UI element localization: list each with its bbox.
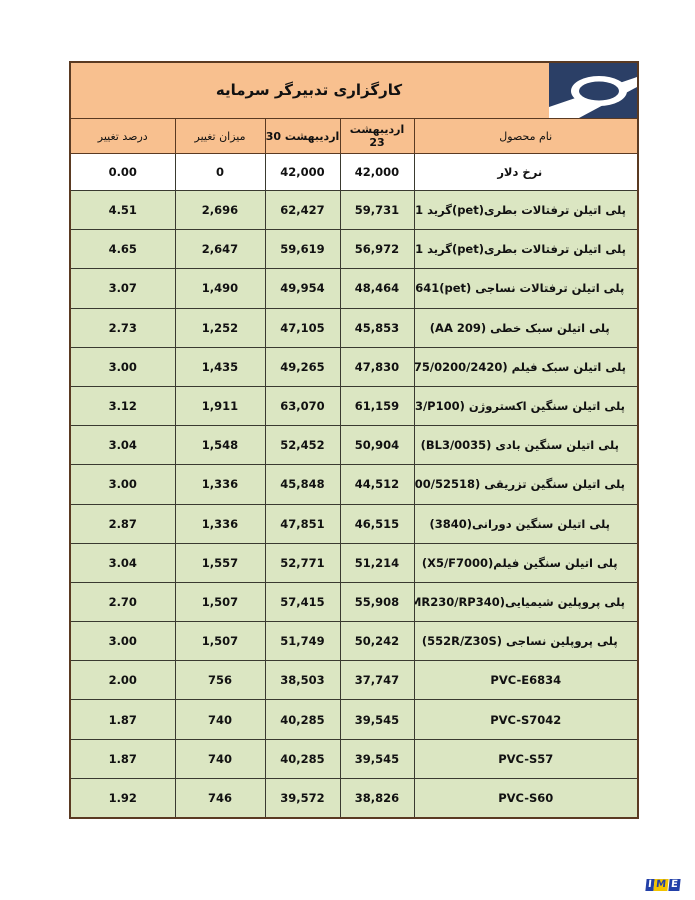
cell-change-percent: 3.04 xyxy=(71,543,175,582)
cell-date-30: 39,572 xyxy=(265,778,340,817)
cell-change-percent: 4.65 xyxy=(71,230,175,269)
table-row: 4.65 2,647 59,619 56,972 پلی اتیلن ترفتا… xyxy=(71,230,637,269)
cell-product: پلی اتیلن سنگین دورانی(3840) xyxy=(414,504,637,543)
cell-date-30: 47,105 xyxy=(265,308,340,347)
page-title: کارگزاری تدبیرگر سرمایه xyxy=(71,63,547,118)
cell-date-23: 48,464 xyxy=(340,269,414,308)
cell-date-30: 51,749 xyxy=(265,622,340,661)
ime-watermark-logo: I M E xyxy=(645,877,681,892)
cell-product: PVC-E6834 xyxy=(414,661,637,700)
cell-change-percent: 3.07 xyxy=(71,269,175,308)
cell-date-30: 40,285 xyxy=(265,700,340,739)
cell-product: پلی اتیلن سنگین بادی (BL3/0035) xyxy=(414,426,637,465)
cell-date-30: 47,851 xyxy=(265,504,340,543)
table-row: 3.04 1,548 52,452 50,904 پلی اتیلن سنگین… xyxy=(71,426,637,465)
cell-date-30: 52,771 xyxy=(265,543,340,582)
table-row: 2.70 1,507 57,415 55,908 پلی پروپلین شیم… xyxy=(71,582,637,621)
cell-change-amount: 2,647 xyxy=(175,230,265,269)
cell-date-23: 45,853 xyxy=(340,308,414,347)
cell-date-23: 55,908 xyxy=(340,582,414,621)
cell-change-amount: 1,548 xyxy=(175,426,265,465)
table-row: 3.00 1,435 49,265 47,830 پلی اتیلن سبک ف… xyxy=(71,347,637,386)
cell-change-percent: 4.51 xyxy=(71,191,175,230)
table-row: 2.73 1,252 47,105 45,853 پلی اتیلن سبک خ… xyxy=(71,308,637,347)
cell-date-30: 49,265 xyxy=(265,347,340,386)
ime-letter-e: E xyxy=(669,879,681,891)
cell-product: پلی اتیلن ترفتالات نساجی (pet)641 xyxy=(414,269,637,308)
table-row: 3.00 1,336 45,848 44,512 پلی اتیلن سنگین… xyxy=(71,465,637,504)
cell-product: پلی اتیلن سنگین فیلم(X5/F7000) xyxy=(414,543,637,582)
cell-date-23: 47,830 xyxy=(340,347,414,386)
cell-change-amount: 1,336 xyxy=(175,465,265,504)
cell-date-23: 61,159 xyxy=(340,386,414,425)
cell-change-percent: 1.87 xyxy=(71,739,175,778)
cell-change-amount: 2,696 xyxy=(175,191,265,230)
cell-change-percent: 2.73 xyxy=(71,308,175,347)
cell-date-23: 42,000 xyxy=(340,154,414,191)
table-row: 1.92 746 39,572 38,826 PVC-S60 xyxy=(71,778,637,817)
cell-product: پلی اتیلن سنگین اکستروژن (EX3/P100) xyxy=(414,386,637,425)
cell-change-percent: 3.04 xyxy=(71,426,175,465)
cell-product: PVC-S60 xyxy=(414,778,637,817)
cell-date-23: 39,545 xyxy=(340,700,414,739)
cell-date-23: 38,826 xyxy=(340,778,414,817)
cell-date-23: 37,747 xyxy=(340,661,414,700)
cell-change-amount: 740 xyxy=(175,700,265,739)
cell-product: پلی اتیلن ترفتالات بطری(pet)گرید 781 xyxy=(414,230,637,269)
cell-date-30: 57,415 xyxy=(265,582,340,621)
col-header-date-30: اردیبهشت 30 xyxy=(265,119,340,154)
cell-change-percent: 2.00 xyxy=(71,661,175,700)
cell-product: پلی اتیلن سبک خطی (209 AA) xyxy=(414,308,637,347)
col-header-date-23: اردیبهشت 23 xyxy=(340,119,414,154)
cell-change-percent: 0.00 xyxy=(71,154,175,191)
cell-change-percent: 1.87 xyxy=(71,700,175,739)
cell-date-30: 52,452 xyxy=(265,426,340,465)
cell-product: PVC-S7042 xyxy=(414,700,637,739)
cell-change-amount: 1,336 xyxy=(175,504,265,543)
cell-product: پلی پروپلین شیمیایی(MR230/RP340) xyxy=(414,582,637,621)
cell-change-amount: 1,911 xyxy=(175,386,265,425)
cell-change-percent: 2.70 xyxy=(71,582,175,621)
cell-date-30: 59,619 xyxy=(265,230,340,269)
cell-product: پلی پروپلین نساجی (552R/Z30S) xyxy=(414,622,637,661)
cell-product: نرخ دلار xyxy=(414,154,637,191)
table-row: 3.00 1,507 51,749 50,242 پلی پروپلین نسا… xyxy=(71,622,637,661)
col-header-product: نام محصول xyxy=(414,119,637,154)
cell-change-percent: 3.00 xyxy=(71,347,175,386)
cell-change-percent: 1.92 xyxy=(71,778,175,817)
col-header-change-amount: میزان تغییر xyxy=(175,119,265,154)
ime-letter-m: M xyxy=(654,879,669,891)
cell-date-30: 42,000 xyxy=(265,154,340,191)
table-row: 2.00 756 38,503 37,747 PVC-E6834 xyxy=(71,661,637,700)
cell-product: پلی اتیلن سنگین تزریقی (HI500/52518) xyxy=(414,465,637,504)
cell-change-amount: 0 xyxy=(175,154,265,191)
cell-change-percent: 3.00 xyxy=(71,622,175,661)
table-row: 2.87 1,336 47,851 46,515 پلی اتیلن سنگین… xyxy=(71,504,637,543)
cell-change-amount: 1,435 xyxy=(175,347,265,386)
cell-date-30: 49,954 xyxy=(265,269,340,308)
cell-date-30: 38,503 xyxy=(265,661,340,700)
cell-date-23: 56,972 xyxy=(340,230,414,269)
cell-change-amount: 756 xyxy=(175,661,265,700)
cell-date-23: 39,545 xyxy=(340,739,414,778)
cell-date-23: 50,242 xyxy=(340,622,414,661)
cell-date-30: 62,427 xyxy=(265,191,340,230)
cell-change-amount: 1,557 xyxy=(175,543,265,582)
table-row: 1.87 740 40,285 39,545 PVC-S57 xyxy=(71,739,637,778)
cell-date-23: 59,731 xyxy=(340,191,414,230)
cell-date-30: 63,070 xyxy=(265,386,340,425)
price-table: درصد تغییر میزان تغییر اردیبهشت 30 اردیب… xyxy=(71,119,637,817)
cell-change-amount: 1,507 xyxy=(175,622,265,661)
cell-date-30: 40,285 xyxy=(265,739,340,778)
col-header-change-percent: درصد تغییر xyxy=(71,119,175,154)
cell-date-23: 44,512 xyxy=(340,465,414,504)
cell-change-amount: 740 xyxy=(175,739,265,778)
title-bar: کارگزاری تدبیرگر سرمایه xyxy=(71,63,637,119)
cell-change-amount: 746 xyxy=(175,778,265,817)
table-row: 3.04 1,557 52,771 51,214 پلی اتیلن سنگین… xyxy=(71,543,637,582)
tadbirgar-logo-icon xyxy=(549,63,637,118)
cell-change-percent: 3.00 xyxy=(71,465,175,504)
cell-date-30: 45,848 xyxy=(265,465,340,504)
table-row: 0.00 0 42,000 42,000 نرخ دلار xyxy=(71,154,637,191)
cell-product: پلی اتیلن ترفتالات بطری(pet)گرید 821 xyxy=(414,191,637,230)
header-row: درصد تغییر میزان تغییر اردیبهشت 30 اردیب… xyxy=(71,119,637,154)
cell-change-percent: 3.12 xyxy=(71,386,175,425)
price-table-sheet: کارگزاری تدبیرگر سرمایه درصد تغییر میزان… xyxy=(69,61,639,819)
cell-change-amount: 1,252 xyxy=(175,308,265,347)
table-row: 4.51 2,696 62,427 59,731 پلی اتیلن ترفتا… xyxy=(71,191,637,230)
cell-change-amount: 1,490 xyxy=(175,269,265,308)
cell-change-amount: 1,507 xyxy=(175,582,265,621)
cell-date-23: 51,214 xyxy=(340,543,414,582)
cell-product: پلی اتیلن سبک فیلم (190/0075/0200/2420) xyxy=(414,347,637,386)
cell-date-23: 46,515 xyxy=(340,504,414,543)
cell-product: PVC-S57 xyxy=(414,739,637,778)
table-row: 3.12 1,911 63,070 61,159 پلی اتیلن سنگین… xyxy=(71,386,637,425)
cell-date-23: 50,904 xyxy=(340,426,414,465)
cell-change-percent: 2.87 xyxy=(71,504,175,543)
table-row: 3.07 1,490 49,954 48,464 پلی اتیلن ترفتا… xyxy=(71,269,637,308)
table-row: 1.87 740 40,285 39,545 PVC-S7042 xyxy=(71,700,637,739)
